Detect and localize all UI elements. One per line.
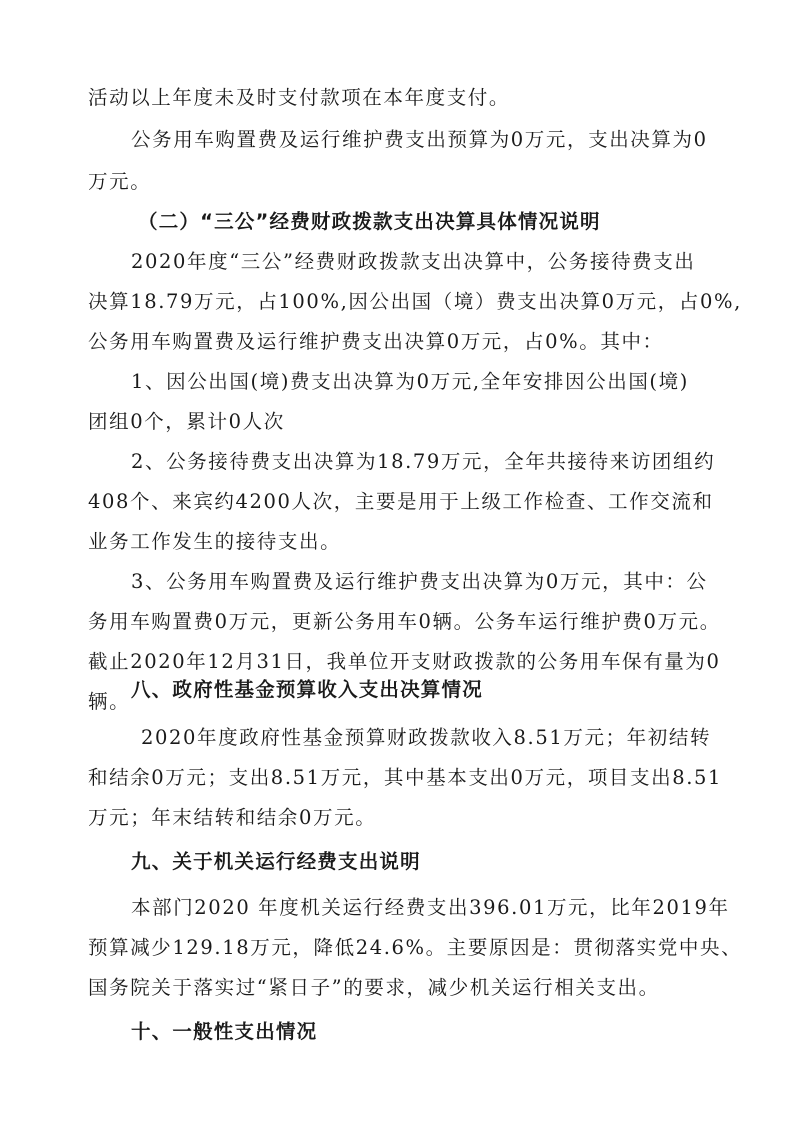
list-item-line: 2、公务接待费支出决算为18.79万元，全年共接待来访团组约: [131, 450, 715, 474]
paragraph-line: 2020年度政府性基金预算财政拨款收入8.51万元；年初结转: [141, 726, 711, 750]
intro-line: 万元。: [88, 170, 151, 194]
list-item-line: 1、因公出国(境)费支出决算为0万元,全年安排因公出国(境): [131, 370, 689, 394]
list-item-line: 团组0个，累计0人次: [88, 410, 285, 434]
section-heading-general-expenditure: 十、一般性支出情况: [131, 1020, 317, 1044]
list-item-line: 3、公务用车购置费及运行维护费支出决算为0万元，其中：公: [131, 570, 708, 594]
document-page: 活动以上年度未及时支付款项在本年度支付。 公务用车购置费及运行维护费支出预算为0…: [0, 0, 793, 1122]
intro-line: 公务用车购置费及运行维护费支出预算为0万元，支出决算为0: [131, 128, 708, 152]
paragraph-line: 公务用车购置费及运行维护费支出决算0万元，占0%。其中：: [88, 330, 664, 354]
paragraph-line: 本部门2020 年度机关运行经费支出396.01万元，比年2019年: [131, 896, 730, 920]
paragraph-line: 预算减少129.18万元，降低24.6%。主要原因是：贯彻落实党中央、: [88, 936, 742, 960]
list-item-line: 业务工作发生的接待支出。: [88, 530, 341, 554]
list-item-line: 辆。: [88, 690, 130, 714]
paragraph-line: 国务院关于落实过“紧日子”的要求，减少机关运行相关支出。: [88, 976, 660, 1000]
section-heading-operating-expenses: 九、关于机关运行经费支出说明: [131, 850, 421, 874]
section-heading-government-fund: 八、政府性基金预算收入支出决算情况: [131, 678, 483, 702]
paragraph-line: 决算18.79万元，占100%,因公出国（境）费支出决算0万元，占0%,: [88, 290, 742, 314]
paragraph-line: 万元；年末结转和结余0万元。: [88, 806, 376, 830]
paragraph-line: 和结余0万元；支出8.51万元，其中基本支出0万元，项目支出8.51: [88, 766, 722, 790]
intro-line: 活动以上年度未及时支付款项在本年度支付。: [88, 86, 510, 110]
list-item-line: 截止2020年12月31日，我单位开支财政拨款的公务用车保有量为0: [88, 650, 720, 674]
list-item-line: 408个、来宾约4200人次，主要是用于上级工作检查、工作交流和: [88, 490, 714, 514]
list-item-line: 务用车购置费0万元，更新公务用车0辆。公务车运行维护费0万元。: [88, 610, 721, 634]
paragraph-line: 2020年度“三公”经费财政拨款支出决算中，公务接待费支出: [131, 250, 695, 274]
section-heading-sanggong: （二）“三公”经费财政拨款支出决算具体情况说明: [138, 210, 601, 234]
